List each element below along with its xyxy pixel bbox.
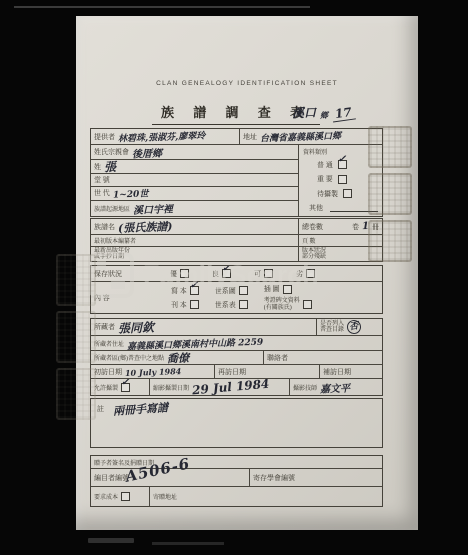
provider-label: 提供者 [94, 132, 115, 142]
holder-address-cell: 所藏者住址 嘉義縣溪口鄉溪南村中山路 2259 [91, 336, 382, 350]
preservation-option: 良 ✓ [212, 269, 231, 279]
blank-line [330, 205, 378, 212]
listed-value: 否 [346, 319, 362, 335]
check-mark: ✓ [338, 154, 346, 165]
holder-cell: 所藏者 張同欽 [91, 319, 316, 335]
content-option: 世系表 [215, 300, 248, 310]
content-option: 寫 本 ✓ [171, 286, 199, 296]
volumes-unit-juan: 卷 [352, 222, 359, 232]
checkbox: ✓ [121, 383, 130, 392]
content-row: 內 容 寫 本 ✓ 刊 本 [91, 281, 382, 313]
category-option: 普 通 ✓ [317, 159, 378, 171]
content-options-cell: 寫 本 ✓ 刊 本 世系圖 [147, 282, 382, 313]
book-title-value: (張氏族譜) [118, 219, 173, 234]
clan-association-label: 姓氏宗親會 [94, 147, 129, 157]
provider-cell: 提供者 林碧珠,張淑芬,廖翠玲 [91, 129, 239, 144]
preservation-options-cell: 優 良 ✓ 可 劣 [147, 266, 382, 281]
pubyear-label: 最新出版年份 或手抄日期 [94, 248, 130, 261]
admin-table: 贈予者簽名及捐贈日期 編目者編號 寄存學會編號 要求成本 寄贈地址 [90, 455, 383, 507]
content-label: 內 容 [94, 293, 110, 303]
film-edge-line [14, 6, 310, 8]
table-row: 提供者 林碧珠,張淑芬,廖翠玲 地址 台灣省嘉義縣溪口鄉 [91, 129, 382, 144]
preservation-option: 可 [254, 269, 273, 279]
doc-number-value: 17 [331, 104, 356, 122]
note-label: 註 [97, 404, 104, 414]
surname-row: 姓 張 [91, 159, 298, 173]
third-visit-label: 補訪日期 [323, 367, 351, 377]
content-option: 插 圖 [264, 284, 312, 294]
table-row: 最新出版年份 或手抄日期 版本狀況 部分殘缺 [91, 246, 382, 261]
option-label: 考證碑文資料 (有關族氏) [264, 298, 300, 311]
hall-row: 堂 號 [91, 173, 298, 186]
check-mark: ✓ [121, 379, 129, 388]
basic-info-table: 提供者 林碧珠,張淑芬,廖翠玲 地址 台灣省嘉義縣溪口鄉 姓氏宗親會 後厝鄉 姓 [90, 128, 383, 217]
category-option: 待攝製 [317, 188, 378, 200]
film-permit-cell: 允許攝製 ✓ [91, 379, 149, 395]
content-column: 寫 本 ✓ 刊 本 [171, 286, 199, 310]
doc-number-place: 溪口 [292, 104, 317, 122]
origin-value: 溪口宇裡 [133, 200, 173, 216]
film-scratch-mark [88, 538, 134, 543]
document-paper: CLAN GENEALOGY IDENTIFICATION SHEET 族 譜 … [76, 16, 418, 530]
condition-table: 保存狀況 優 良 ✓ 可 劣 [90, 265, 383, 314]
send-address-cell: 寄贈地址 [149, 487, 382, 506]
pubyear-label-line2: 或手抄日期 [94, 254, 130, 261]
pages-cell: 頁 數 [298, 235, 382, 246]
operator-value: 嘉文平 [320, 379, 351, 395]
checkbox [190, 300, 199, 309]
checkbox [306, 269, 315, 278]
contact-cell: 聯絡者 [263, 351, 382, 364]
checkbox [239, 286, 248, 295]
listed-label-line2: 普查目錄 [320, 327, 344, 334]
category-option: 重 要 [317, 174, 378, 186]
film-date-cell: 縮影攝製日期 29 Jul 1984 [149, 379, 289, 395]
microfilm-frame: CLAN GENEALOGY IDENTIFICATION SHEET 族 譜 … [0, 0, 468, 555]
address-value: 台灣省嘉義縣溪口鄉 [260, 129, 341, 144]
content-label-cell: 內 容 [91, 282, 147, 313]
generation-row: 世 代 1~20世 [91, 186, 298, 200]
first-visit-label: 初訪日期 [94, 367, 122, 377]
category-other-label: 其他 [309, 203, 323, 213]
content-option: 刊 本 [171, 300, 199, 310]
table-row: 初訪日期 10 July 1984 再訪日期 補訪日期 [91, 364, 382, 378]
first-visit-value: 10 July 1984 [125, 366, 182, 378]
checkbox [264, 269, 273, 278]
checkbox: ✓ [338, 160, 347, 169]
holder-table: 所藏者 張同欽 是否列入 普查目錄 否 所藏者住址 嘉義縣溪口鄉溪南村中山路 2… [90, 318, 383, 396]
film-date-label: 縮影攝製日期 [153, 383, 189, 392]
checkbox [239, 300, 248, 309]
volumes-label: 總卷數 [302, 222, 323, 232]
content-column: 世系圖 世系表 [215, 286, 248, 310]
clan-association-value: 後厝鄉 [132, 144, 163, 160]
second-visit-label: 再訪日期 [218, 367, 246, 377]
address-cell: 地址 台灣省嘉義縣溪口鄉 [239, 129, 382, 144]
table-row: 允許攝製 ✓ 縮影攝製日期 29 Jul 1984 攝影技師 嘉文平 [91, 378, 382, 395]
category-option-label: 重 要 [317, 174, 333, 184]
holder-value: 張同欽 [118, 319, 155, 335]
option-label: 良 [212, 269, 219, 279]
content-column: 插 圖 考證碑文資料 (有關族氏) [264, 284, 312, 311]
preservation-row: 保存狀況 優 良 ✓ 可 劣 [91, 266, 382, 281]
preservation-option: 劣 [296, 269, 315, 279]
doc-number-unit: 鄉 [320, 110, 328, 121]
film-date-value: 29 Jul 1984 [192, 377, 270, 398]
cost-label: 要求成本 [94, 492, 118, 501]
preservation-label: 保存狀況 [94, 269, 122, 279]
option-label: 寫 本 [171, 286, 187, 296]
book-title-cell: 族譜名 (張氏族譜) [91, 219, 298, 234]
option-label-line2: (有關族氏) [264, 305, 300, 312]
catalog-number-label: 編目者編號 [94, 473, 129, 483]
checkbox: ✓ [190, 286, 199, 295]
pubyear-cell: 最新出版年份 或手抄日期 [91, 247, 298, 261]
option-label: 世系圖 [215, 286, 236, 296]
checkbox [338, 175, 347, 184]
origin-row: 族譜起源地區 溪口宇裡 [91, 200, 298, 216]
operator-label: 攝影技師 [293, 383, 317, 392]
film-scratch-mark [152, 542, 224, 545]
condition-label-line2: 部分殘缺 [302, 254, 326, 261]
check-mark: ✓ [222, 266, 230, 274]
holder-label: 所藏者 [94, 322, 115, 332]
send-address-label: 寄贈地址 [153, 492, 177, 501]
content-option: 世系圖 [215, 286, 248, 296]
preservation-option: 優 [170, 269, 189, 279]
volumes-value: 1 [362, 221, 369, 232]
third-visit-cell: 補訪日期 [319, 365, 382, 378]
checkbox: ✓ [222, 269, 231, 278]
option-label: 劣 [296, 269, 303, 279]
check-mark: ✓ [190, 282, 198, 291]
category-cell: 資料類別 普 通 ✓ 重 要 待攝製 其他 [298, 145, 382, 216]
option-label: 插 圖 [264, 284, 280, 294]
film-permit-label: 允許攝製 [94, 383, 118, 392]
preservation-label-cell: 保存狀況 [91, 266, 147, 281]
table-row: 所藏者住址 嘉義縣溪口鄉溪南村中山路 2259 [91, 335, 382, 350]
first-visit-cell: 初訪日期 10 July 1984 [91, 365, 214, 378]
info-left-column: 姓氏宗親會 後厝鄉 姓 張 堂 號 世 代 1~20世 [91, 145, 298, 216]
option-label: 優 [170, 269, 177, 279]
society-number-cell: 寄存學會編號 [249, 469, 382, 486]
compiler-label: 最初版本編纂者 [94, 236, 136, 245]
society-number-label: 寄存學會編號 [253, 473, 295, 483]
option-label: 可 [254, 269, 261, 279]
operator-cell: 攝影技師 嘉文平 [289, 379, 382, 395]
checkbox [283, 285, 292, 294]
generation-value: 1~20世 [113, 186, 149, 200]
survey-location-cell: 所藏者區(鄉)普查中之地點 喬僚 [91, 351, 263, 364]
table-row: 族譜名 (張氏族譜) 總卷數 卷 1 冊 [91, 219, 382, 234]
checkbox [303, 300, 312, 309]
listed-label: 是否列入 普查目錄 [320, 321, 344, 334]
volumes-cell: 總卷數 卷 1 冊 [298, 219, 382, 234]
option-label: 世系表 [215, 300, 236, 310]
condition-cell: 版本狀況 部分殘缺 [298, 247, 382, 261]
category-other: 其他 [309, 203, 378, 215]
table-row: 最初版本編纂者 頁 數 [91, 234, 382, 246]
surname-label: 姓 [94, 162, 101, 172]
generation-label: 世 代 [94, 188, 110, 198]
provider-value: 林碧珠,張淑芬,廖翠玲 [118, 129, 206, 144]
book-info-table: 族譜名 (張氏族譜) 總卷數 卷 1 冊 最初版本編纂者 頁 數 [90, 218, 383, 262]
option-label: 刊 本 [171, 300, 187, 310]
contact-label: 聯絡者 [267, 353, 288, 363]
origin-label: 族譜起源地區 [94, 204, 130, 213]
address-label: 地址 [243, 132, 257, 142]
category-option-label: 待攝製 [317, 189, 338, 199]
checkbox [343, 189, 352, 198]
note-value: 兩冊手寫譜 [113, 399, 169, 419]
table-row: 要求成本 寄贈地址 [91, 486, 382, 506]
holder-address-value: 嘉義縣溪口鄉溪南村中山路 2259 [127, 336, 264, 350]
hall-label: 堂 號 [94, 175, 110, 185]
table-row: 所藏者 張同欽 是否列入 普查目錄 否 [91, 319, 382, 335]
checkbox [180, 269, 189, 278]
volumes-unit-ce: 冊 [372, 222, 379, 232]
pages-label: 頁 數 [302, 236, 316, 245]
holder-address-label: 所藏者住址 [94, 339, 124, 348]
sheet-title-en: CLAN GENEALOGY IDENTIFICATION SHEET [76, 80, 418, 87]
survey-location-value: 喬僚 [167, 351, 190, 364]
survey-location-label: 所藏者區(鄉)普查中之地點 [94, 353, 164, 362]
cost-cell: 要求成本 [91, 487, 149, 506]
content-option: 考證碑文資料 (有關族氏) [264, 298, 312, 311]
compiler-cell: 最初版本編纂者 [91, 235, 298, 246]
checkbox [121, 492, 130, 501]
clan-association-row: 姓氏宗親會 後厝鄉 [91, 145, 298, 159]
condition-label: 版本狀況 部分殘缺 [302, 248, 326, 261]
table-row: 所藏者區(鄉)普查中之地點 喬僚 聯絡者 [91, 350, 382, 364]
doc-number: 溪口 鄉 17 [292, 104, 402, 121]
listed-cell: 是否列入 普查目錄 否 [316, 319, 382, 335]
note-box: 註 兩冊手寫譜 [90, 398, 383, 448]
surname-value: 張 [104, 158, 117, 175]
book-title-label: 族譜名 [94, 222, 115, 232]
category-option-label: 普 通 [317, 160, 333, 170]
table-row: 姓氏宗親會 後厝鄉 姓 張 堂 號 世 代 1~20世 [91, 144, 382, 216]
